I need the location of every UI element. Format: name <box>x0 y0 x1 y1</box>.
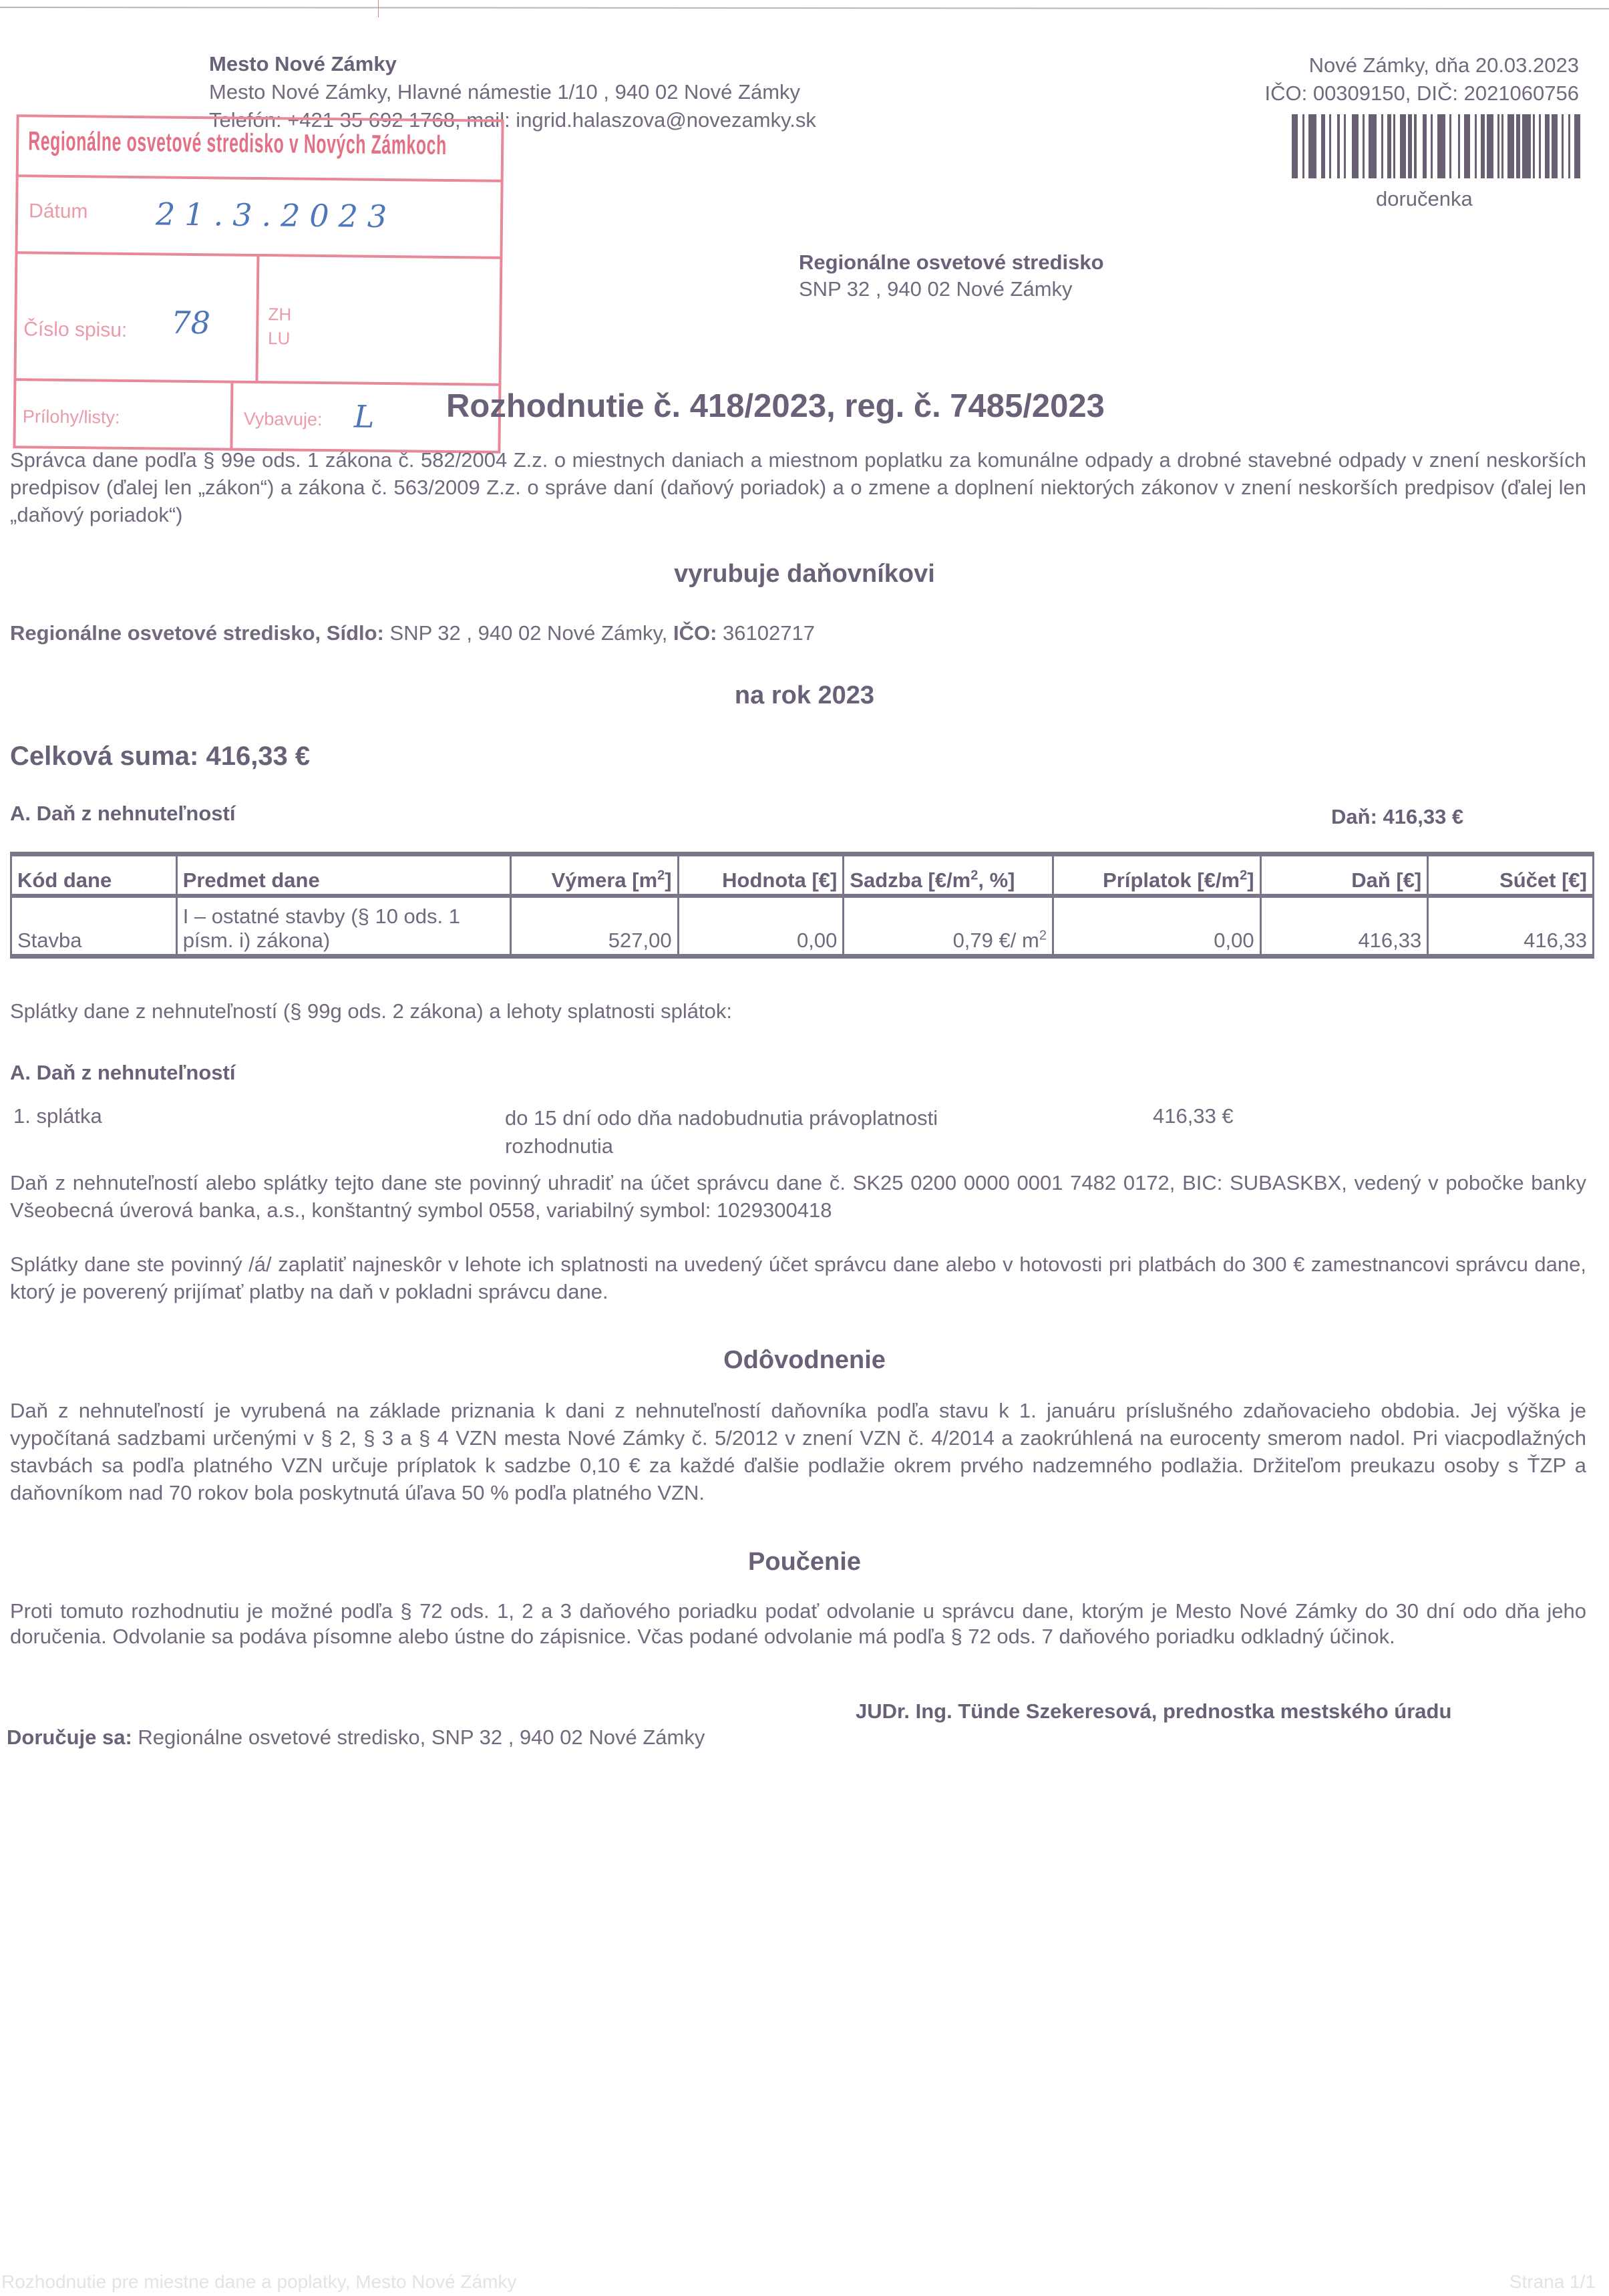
delivery-line: Doručuje sa: Regionálne osvetové stredis… <box>7 1726 705 1750</box>
stamp-date-handwritten: 21.3.2023 <box>156 196 397 234</box>
delivery-label: Doručuje sa: <box>7 1726 132 1749</box>
taxpayer-ico-label: IČO: <box>673 621 717 645</box>
installments-section-title: A. Daň z nehnuteľností <box>10 1061 235 1085</box>
justification-heading: Odôvodnenie <box>0 1346 1609 1375</box>
barcode-bar <box>1552 114 1558 178</box>
installment-due: do 15 dní odo dňa nadobudnutia právoplat… <box>505 1104 1013 1160</box>
col-header-sadzba: Sadzba [€/m2, %] <box>844 854 1053 896</box>
place-date: Nové Zámky, dňa 20.03.2023 <box>1309 53 1579 77</box>
stamp-handler-label: Vybavuje: <box>244 409 323 430</box>
col-header-hodnota: Hodnota [€] <box>678 854 844 896</box>
installments-intro: Splátky dane z nehnuteľností (§ 99g ods.… <box>10 999 732 1023</box>
barcode-bar <box>1464 114 1470 178</box>
tax-table: Kód dane Predmet dane Výmera [m2] Hodnot… <box>10 852 1594 959</box>
col-header-predmet: Predmet dane <box>176 854 510 896</box>
stamp-title: Regionálne osvetové stredisko v Nových Z… <box>28 126 447 161</box>
barcode-bar <box>1522 114 1530 178</box>
taxpayer-line: Regionálne osvetové stredisko, Sídlo: SN… <box>10 621 815 645</box>
sender-address: Mesto Nové Zámky, Hlavné námestie 1/10 ,… <box>209 80 800 104</box>
cell-sadzba: 0,79 €/ m2 <box>844 896 1053 957</box>
justification-text: Daň z nehnuteľností je vyrubená na zákla… <box>10 1397 1586 1506</box>
stamp-file-handwritten: 78 <box>171 305 210 341</box>
sender-name: Mesto Nové Zámky <box>209 52 397 76</box>
instruction-text: Proti tomuto rozhodnutiu je možné podľa … <box>10 1599 1586 1649</box>
cell-vymera: 527,00 <box>510 896 678 957</box>
cell-predmet: I – ostatné stavby (§ 10 ods. 1 písm. i)… <box>176 896 510 957</box>
taxpayer-seat: SNP 32 , 940 02 Nové Zámky, <box>390 621 668 645</box>
footer-page-number: Strana 1/1 <box>1509 2271 1596 2293</box>
decision-title: Rozhodnutie č. 418/2023, reg. č. 7485/20… <box>446 387 1105 425</box>
barcode-bar <box>1369 114 1377 178</box>
year-heading: na rok 2023 <box>0 681 1609 710</box>
instruction-heading: Poučenie <box>0 1548 1609 1577</box>
signature: JUDr. Ing. Tünde Szekeresová, prednostka… <box>856 1699 1451 1724</box>
cell-kod: Stavba <box>11 896 177 957</box>
cell-sucet: 416,33 <box>1428 896 1594 957</box>
table-header-row: Kód dane Predmet dane Výmera [m2] Hodnot… <box>11 854 1594 896</box>
stamp-date-label: Dátum <box>29 200 88 223</box>
barcode-bar <box>1400 114 1406 178</box>
cell-dan: 416,33 <box>1260 896 1428 957</box>
barcode-bar <box>1292 114 1298 178</box>
barcode-label: doručenka <box>1376 187 1473 211</box>
payment-paragraph: Daň z nehnuteľností alebo splátky tejto … <box>10 1169 1586 1224</box>
total-sum: Celková suma: 416,33 € <box>10 742 310 772</box>
delivery-value: Regionálne osvetové stredisko, SNP 32 , … <box>138 1726 705 1749</box>
cash-paragraph: Splátky dane ste povinný /á/ zaplatiť na… <box>10 1251 1586 1305</box>
barcode <box>1292 114 1580 178</box>
taxpayer-seat-label: Sídlo: <box>327 621 384 645</box>
barcode-bar <box>1437 114 1445 178</box>
footer-left: Rozhodnutie pre miestne dane a poplatky,… <box>1 2271 516 2293</box>
section-a-title: A. Daň z nehnuteľností <box>10 802 235 826</box>
cell-priplatok: 0,00 <box>1053 896 1260 957</box>
cell-hodnota: 0,00 <box>678 896 844 957</box>
barcode-bar <box>1346 114 1352 178</box>
table-row: Stavba I – ostatné stavby (§ 10 ods. 1 p… <box>11 896 1594 957</box>
recipient-name: Regionálne osvetové stredisko <box>799 251 1104 275</box>
barcode-bar <box>1451 114 1457 178</box>
stamp-handler-handwritten: L <box>354 399 375 435</box>
barcode-bar <box>1308 114 1316 178</box>
col-header-vymera: Výmera [m2] <box>510 854 678 896</box>
stamp-code-lu: LU <box>268 328 291 349</box>
barcode-bar <box>1417 114 1423 178</box>
barcode-bar <box>1487 114 1493 178</box>
intro-paragraph: Správca dane podľa § 99e ods. 1 zákona č… <box>10 446 1586 528</box>
barcode-bar <box>1352 114 1358 178</box>
scan-mark <box>378 0 379 17</box>
col-header-priplatok: Príplatok [€/m2] <box>1053 854 1260 896</box>
stamp-attachments-label: Prílohy/listy: <box>23 406 120 428</box>
taxpayer-ico: 36102717 <box>723 621 815 645</box>
levies-heading: vyrubuje daňovníkovi <box>0 560 1609 589</box>
scan-edge-line <box>0 7 1609 9</box>
org-ids: IČO: 00309150, DIČ: 2021060756 <box>1264 81 1579 106</box>
col-header-sucet: Súčet [€] <box>1428 854 1594 896</box>
section-a-tax: Daň: 416,33 € <box>1331 805 1463 829</box>
installment-amount: 416,33 € <box>1153 1104 1234 1128</box>
barcode-bar <box>1331 114 1337 178</box>
stamp-code-zh: ZH <box>268 304 291 325</box>
stamp-file-label: Číslo spisu: <box>23 318 127 342</box>
installment-label: 1. splátka <box>13 1104 102 1128</box>
col-header-kod: Kód dane <box>11 854 177 896</box>
barcode-bar <box>1574 114 1580 178</box>
recipient-address: SNP 32 , 940 02 Nové Zámky <box>799 277 1073 301</box>
col-header-dan: Daň [€] <box>1260 854 1428 896</box>
registry-stamp: Regionálne osvetové stredisko v Nových Z… <box>13 114 504 454</box>
taxpayer-name: Regionálne osvetové stredisko, <box>10 621 321 645</box>
barcode-bar <box>1507 114 1513 178</box>
